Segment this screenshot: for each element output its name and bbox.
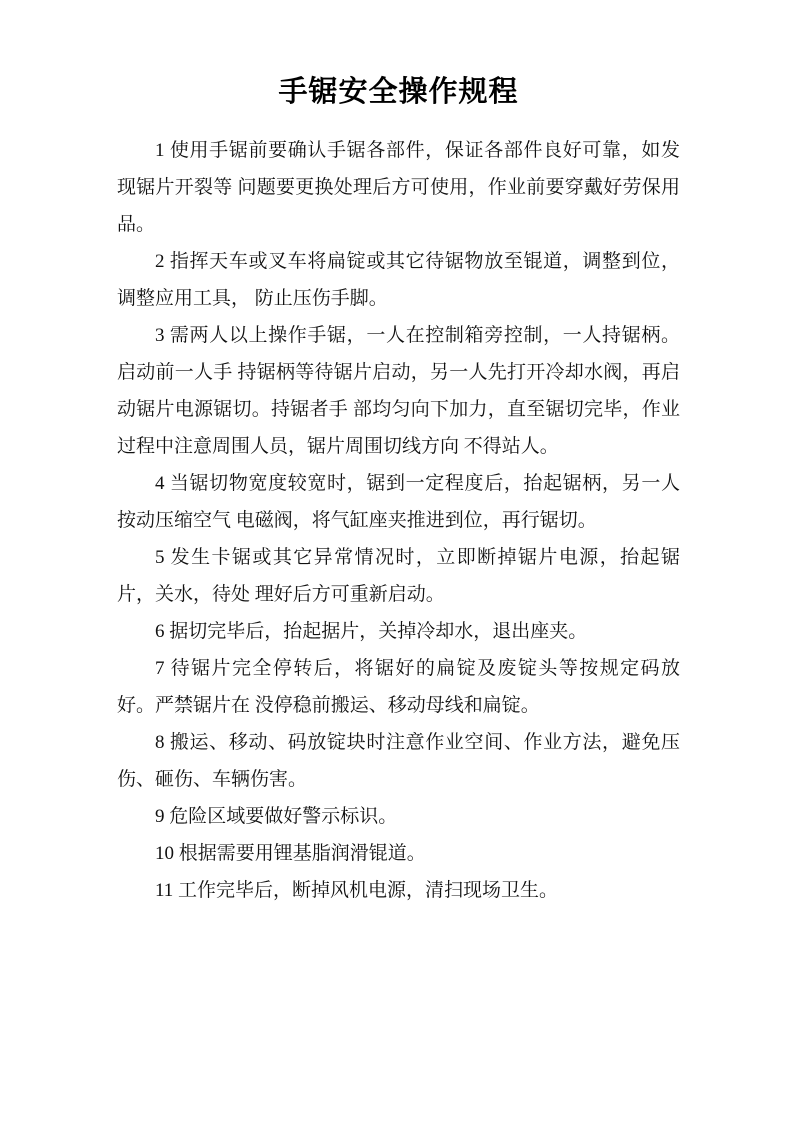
procedure-paragraph-4: 4 当锯切物宽度较宽时，锯到一定程度后，抬起锯柄，另一人按动压缩空气 电磁阀，将… (117, 465, 680, 539)
procedure-paragraph-1: 1 使用手锯前要确认手锯各部件，保证各部件良好可靠，如发现锯片开裂等 问题要更换… (117, 132, 680, 243)
procedure-paragraph-8: 8 搬运、移动、码放锭块时注意作业空间、作业方法，避免压伤、砸伤、车辆伤害。 (117, 724, 680, 798)
procedure-paragraph-7: 7 待锯片完全停转后，将锯好的扁锭及废锭头等按规定码放好。严禁锯片在 没停稳前搬… (117, 650, 680, 724)
procedure-paragraph-2: 2 指挥天车或叉车将扁锭或其它待锯物放至锟道，调整到位，调整应用工具， 防止压伤… (117, 243, 680, 317)
procedure-paragraph-9: 9 危险区域要做好警示标识。 (117, 798, 680, 835)
procedure-paragraph-3: 3 需两人以上操作手锯，一人在控制箱旁控制，一人持锯柄。启动前一人手 持锯柄等待… (117, 317, 680, 465)
procedure-paragraph-6: 6 据切完毕后，抬起据片，关掉冷却水，退出座夹。 (117, 613, 680, 650)
document-title: 手锯安全操作规程 (117, 71, 680, 113)
procedure-paragraph-11: 11 工作完毕后，断掉风机电源，清扫现场卫生。 (117, 872, 680, 909)
document-page: 手锯安全操作规程 1 使用手锯前要确认手锯各部件，保证各部件良好可靠，如发现锯片… (0, 0, 793, 1122)
procedure-paragraph-10: 10 根据需要用锂基脂润滑锟道。 (117, 835, 680, 872)
procedure-paragraph-5: 5 发生卡锯或其它异常情况时，立即断掉锯片电源，抬起锯片，关水，待处 理好后方可… (117, 539, 680, 613)
